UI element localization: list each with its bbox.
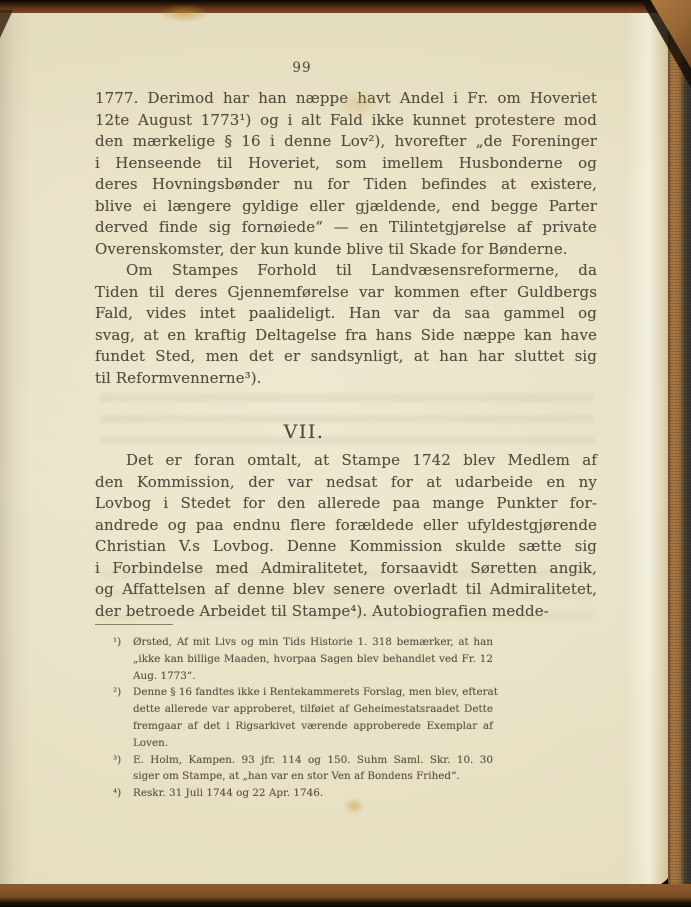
footnotes: ¹)Ørsted, Af mit Livs og min Tids Histor… [133,634,493,802]
footnote-marker: ²) [113,684,121,701]
footnote: ¹)Ørsted, Af mit Livs og min Tids Histor… [133,634,493,684]
footnote: ³)E. Holm, Kampen. 93 jfr. 114 og 150. S… [133,752,493,786]
text-line: i Forbindelse med Admiralitetet, forsaav… [95,558,597,580]
paragraph: Det er foran omtalt, at Stampe 1742 blev… [95,450,597,622]
book-cover-spine-edge [668,0,691,907]
text-line: andrede og paa endnu flere forældede ell… [95,515,597,537]
footnote-line: ²)Denne § 16 fandtes ikke i Rentekammere… [133,684,493,701]
text-line: den Kommission, der var nedsat for at ud… [95,472,597,494]
text-line: Lovbog i Stedet for den allerede paa man… [95,493,597,515]
book-cover-top-edge [0,0,691,13]
footnote-line: ⁴)Reskr. 31 Juli 1744 og 22 Apr. 1746. [133,785,493,802]
footnote-marker: ⁴) [113,785,121,802]
footnote-separator [95,624,173,625]
footnote-line: ¹)Ørsted, Af mit Livs og min Tids Histor… [133,634,493,651]
text-line: der betroede Arbeidet til Stampe⁴). Auto… [95,601,597,623]
footnote-line: fremgaar af det i Rigsarkivet værende ap… [133,718,493,735]
footnote-line: ³)E. Holm, Kampen. 93 jfr. 114 og 150. S… [133,752,493,769]
chapter-paragraphs: Det er foran omtalt, at Stampe 1742 blev… [95,450,597,622]
book-photo: 99 1777. Derimod har han næppe havt Ande… [0,0,691,907]
footnote-marker: ¹) [113,634,121,651]
footnote-marker: ³) [113,752,121,769]
text-line: Christian V.s Lovbog. Denne Kommission s… [95,536,597,558]
footnote-line: „ikke kan billige Maaden, hvorpaa Sagen … [133,651,493,668]
book-page: 99 1777. Derimod har han næppe havt Ande… [0,12,672,886]
footnote: ²)Denne § 16 fandtes ikke i Rentekammere… [133,684,493,751]
footnote-line: Aug. 1773“. [133,668,493,685]
footnote-line: siger om Stampe, at „han var en stor Ven… [133,768,493,785]
text-line: og Affattelsen af denne blev senere over… [95,579,597,601]
footnote-line: Loven. [133,735,493,752]
text-line: Det er foran omtalt, at Stampe 1742 blev… [95,450,597,472]
footnote-line: dette allerede var approberet, tilføiet … [133,701,493,718]
footnote: ⁴)Reskr. 31 Juli 1744 og 22 Apr. 1746. [133,785,493,802]
book-cover-bottom-edge [0,884,691,907]
